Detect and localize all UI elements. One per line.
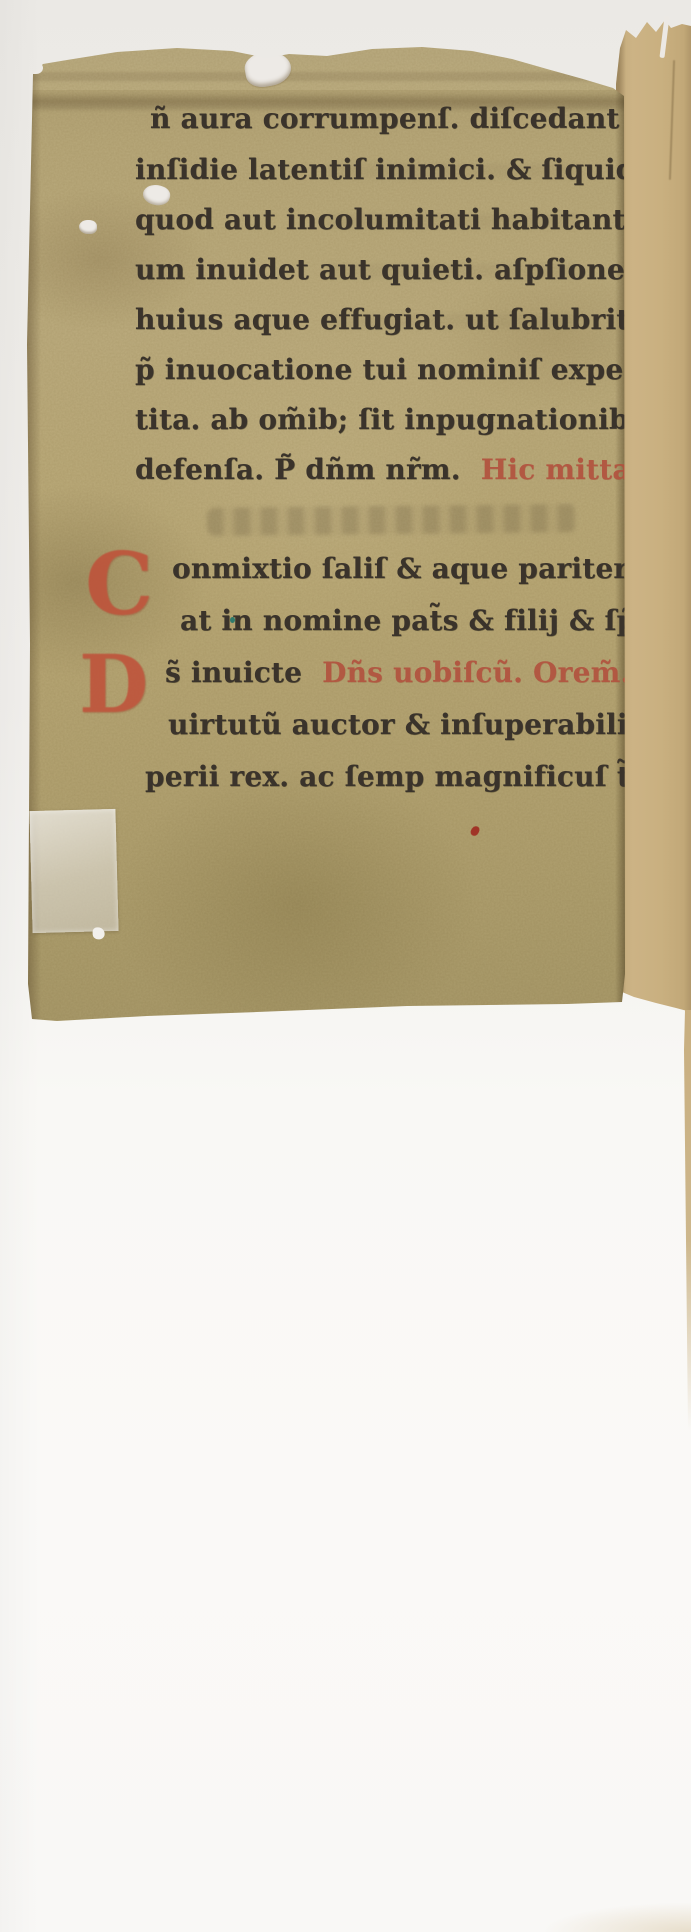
text-line-8: defenſa. P̃ dñm nr̃m.Hic mittat̃ [135,447,644,493]
text-segment-ink: um inuidet aut quieti. aſpſione [135,253,625,286]
text-segment-ink: perii rex. ac ſemp magnificuſ t̃um [145,760,680,793]
text-line-2: inſidie latentiſ inimici. & ſiquid ẽ [135,147,663,193]
text-line-11: s̃ inuicteDñs uobiſcũ. Orem̃. [135,650,630,696]
text-line-5: huius aque effugiat. ut ſalubritas [135,297,664,343]
mounting-board-edge [684,1010,691,1430]
scan-background: ñ aura corrumpenſ. diſcedant om̃sinſidie… [0,0,691,1932]
text-segment-ink: onmixtio ſaliſ & aque pariter fi [172,552,661,585]
text-line-10: at in nomine pat̃s & filij & ſp̃s ſc̃i. [135,598,691,644]
text-segment-ink: inſidie latentiſ inimici. & ſiquid ẽ [135,153,663,186]
text-line-6: p̃ inuocatione tui nominiſ expe [135,347,623,393]
tape-patch [29,809,118,933]
text-segment-rubric: Dñs uobiſcũ. Orem̃. [322,656,630,689]
text-line-7: tita. ab om̃ib; ſit inpugnationibus [135,397,665,443]
text-segment-ink: tita. ab om̃ib; ſit inpugnationibus [135,403,665,436]
text-line-4: um inuidet aut quieti. aſpſione [135,247,625,293]
text-line-3: quod aut incolumitati habitanti [135,197,636,243]
text-segment-ink: uirtutũ auctor & inſuperabiliſ im [168,708,691,741]
parchment-hole-margin-2 [79,220,97,234]
initial-D: D [79,644,148,724]
blue-green-speck [230,617,235,623]
text-segment-ink: quod aut incolumitati habitanti [135,203,636,236]
mounting-board [616,14,691,1020]
text-segment-ink: ñ aura corrumpenſ. diſcedant om̃s [150,102,691,135]
text-line-13: perii rex. ac ſemp magnificuſ t̃um [135,754,680,800]
manuscript-page: ñ aura corrumpenſ. diſcedant om̃sinſidie… [27,44,627,1022]
parchment-notch-corner [29,62,43,74]
text-segment-ink: defenſa. P̃ dñm nr̃m. [135,453,461,486]
text-segment-ink: p̃ inuocatione tui nominiſ expe [135,353,623,386]
initial-C: C [85,542,153,628]
text-line-9: onmixtio ſaliſ & aque pariter fi [135,546,661,592]
erased-offset-line [207,504,577,536]
text-line-1: ñ aura corrumpenſ. diſcedant om̃s [135,96,691,142]
text-line-12: uirtutũ auctor & inſuperabiliſ im [135,702,691,748]
corner-tint [541,1902,691,1932]
text-segment-ink: huius aque effugiat. ut ſalubritas [135,303,664,336]
text-segment-rubric: Hic mittat̃ [481,453,644,486]
text-segment-ink: s̃ inuicte [165,656,302,689]
text-segment-ink: at in nomine pat̃s & filij & ſp̃s ſc̃i. [180,604,691,637]
